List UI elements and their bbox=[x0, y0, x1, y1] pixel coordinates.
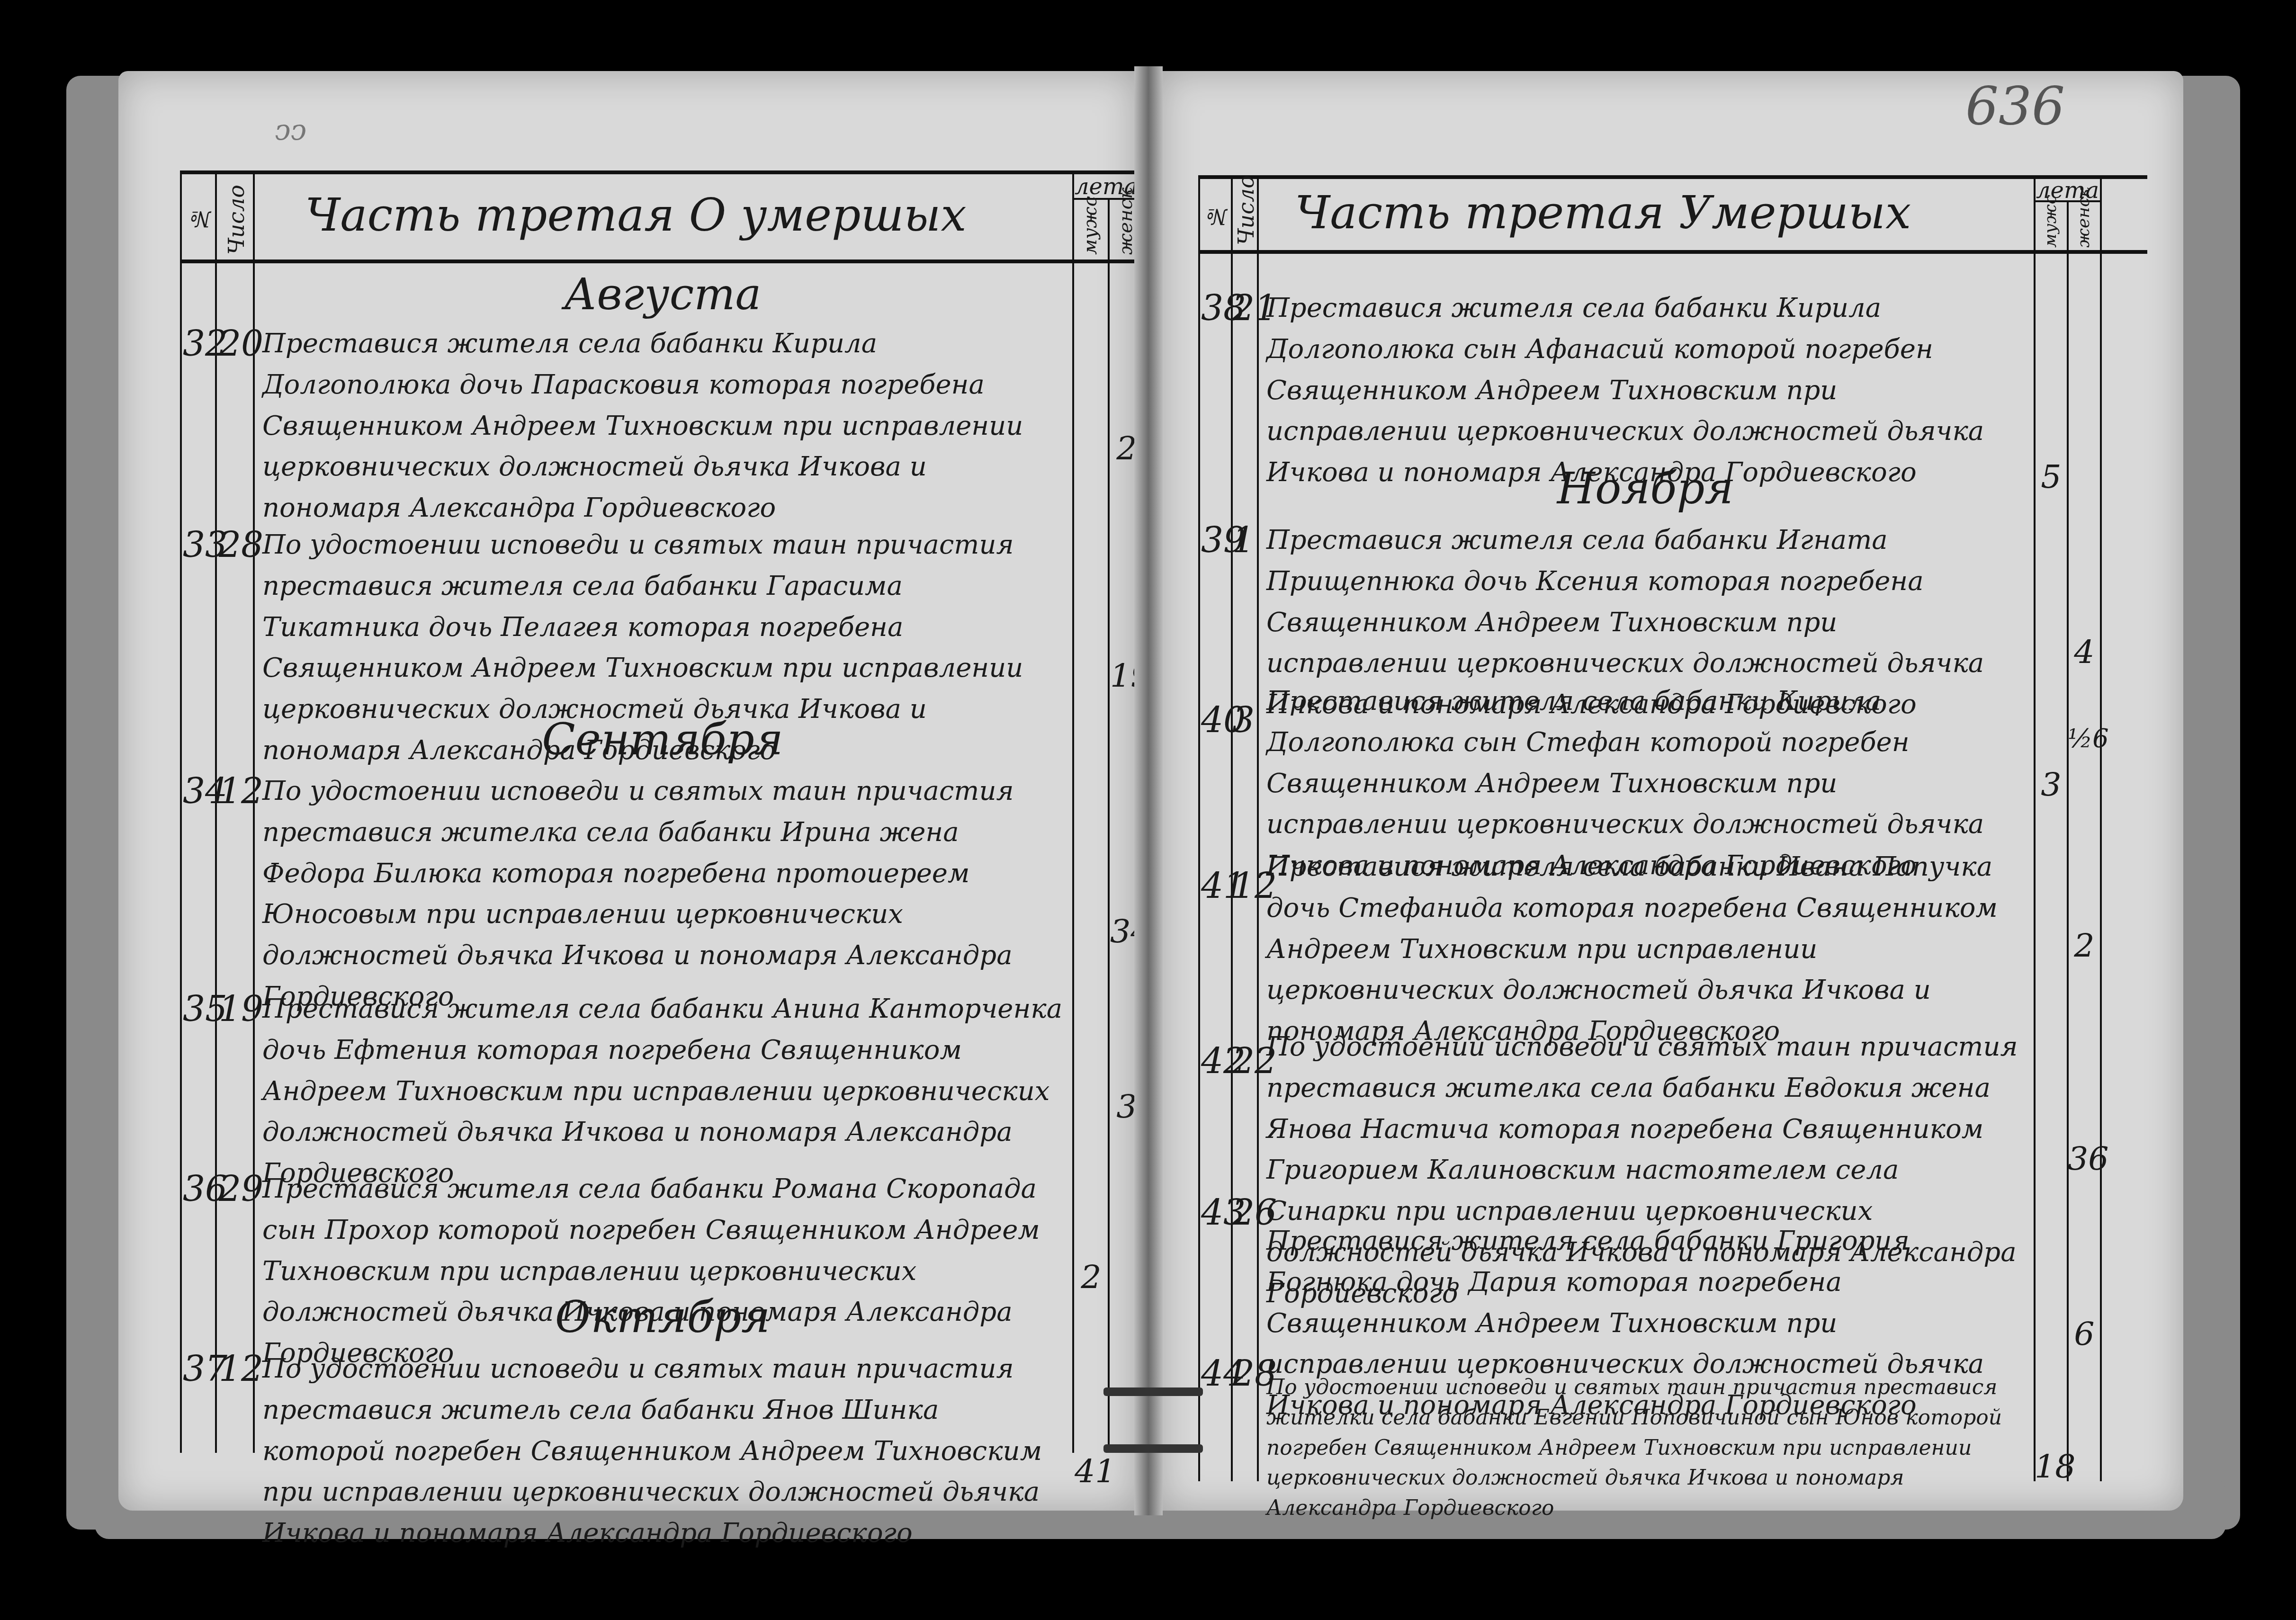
entry-day: 12 bbox=[219, 1349, 263, 1389]
entry-age-female: 4 bbox=[2068, 634, 2101, 671]
entry-day: 12 bbox=[219, 771, 263, 812]
entry-age-male: 2 bbox=[1075, 1259, 1108, 1296]
register-table-left: № Число Часть третая О умершых лета мужс… bbox=[180, 170, 1148, 1453]
header-age-male: мужс bbox=[2041, 205, 2063, 248]
entry-day: 28 bbox=[219, 525, 263, 565]
entry-text: Преставися жителя села бабанки Анина Кан… bbox=[262, 989, 1063, 1194]
entry-age-male: 41 bbox=[1075, 1453, 1108, 1490]
entry-age-female: 6 bbox=[2068, 1316, 2101, 1353]
entry-age-male: 3 bbox=[2035, 766, 2068, 804]
entry-day: 29 bbox=[219, 1169, 263, 1209]
header-title: Часть третая О умершых bbox=[305, 188, 967, 242]
entry-day: 1 bbox=[1232, 520, 1255, 561]
header-number: № bbox=[188, 188, 211, 250]
entry-text: Преставися жителя села бабанки Кирила До… bbox=[1266, 288, 2024, 493]
month-heading: Сентября bbox=[253, 714, 1072, 765]
entry-text: По удостоении исповеди и святых таин при… bbox=[1266, 1372, 2024, 1523]
entry-age-female: ½6 bbox=[2068, 724, 2106, 753]
book-gutter bbox=[1134, 66, 1163, 1515]
entry-age-male: 5 bbox=[2035, 458, 2068, 496]
month-heading: Августа bbox=[253, 269, 1072, 320]
left-page: ↄↄ № Число Часть третая О умершых лета м… bbox=[118, 71, 1137, 1511]
binding-thread bbox=[1103, 1444, 1203, 1453]
entry-text: Преставися жителя села бабанки Кирила До… bbox=[262, 323, 1063, 529]
entry-text: По удостоении исповеди и святых таин при… bbox=[262, 771, 1063, 1018]
month-heading: Ноября bbox=[1257, 463, 2034, 514]
header-day: Число bbox=[1233, 188, 1255, 245]
header-number: № bbox=[1204, 188, 1228, 245]
entry-text: Преставися жителя села бабанки Романа Ск… bbox=[262, 1169, 1063, 1374]
header-day: Число bbox=[224, 188, 247, 255]
binding-thread bbox=[1103, 1387, 1203, 1396]
header-age-female: женск bbox=[2074, 205, 2096, 248]
header-age-male: мужс bbox=[1079, 203, 1103, 255]
register-table-right: № Число Часть третая Умершых лета мужс ж… bbox=[1198, 175, 2147, 1481]
month-heading: Октября bbox=[253, 1292, 1072, 1343]
entry-day: 20 bbox=[219, 323, 263, 364]
entry-text: Преставися жителя села бабанки Ивана Пап… bbox=[1266, 847, 2024, 1052]
entry-age-female: 36 bbox=[2068, 1140, 2101, 1178]
entry-day: 3 bbox=[1232, 700, 1255, 741]
entry-text: По удостоении исповеди и святых таин при… bbox=[262, 1349, 1063, 1554]
right-page: 636 № Число Часть третая Умершых лета му… bbox=[1160, 71, 2183, 1511]
page-number: 636 bbox=[1965, 76, 2065, 136]
header-title: Часть третая Умершых bbox=[1295, 186, 1911, 239]
entry-day: 19 bbox=[219, 989, 263, 1029]
entry-age-male: 18 bbox=[2035, 1448, 2068, 1486]
corner-mark: ↄↄ bbox=[275, 114, 306, 147]
entry-age-female: 2 bbox=[2068, 927, 2101, 965]
